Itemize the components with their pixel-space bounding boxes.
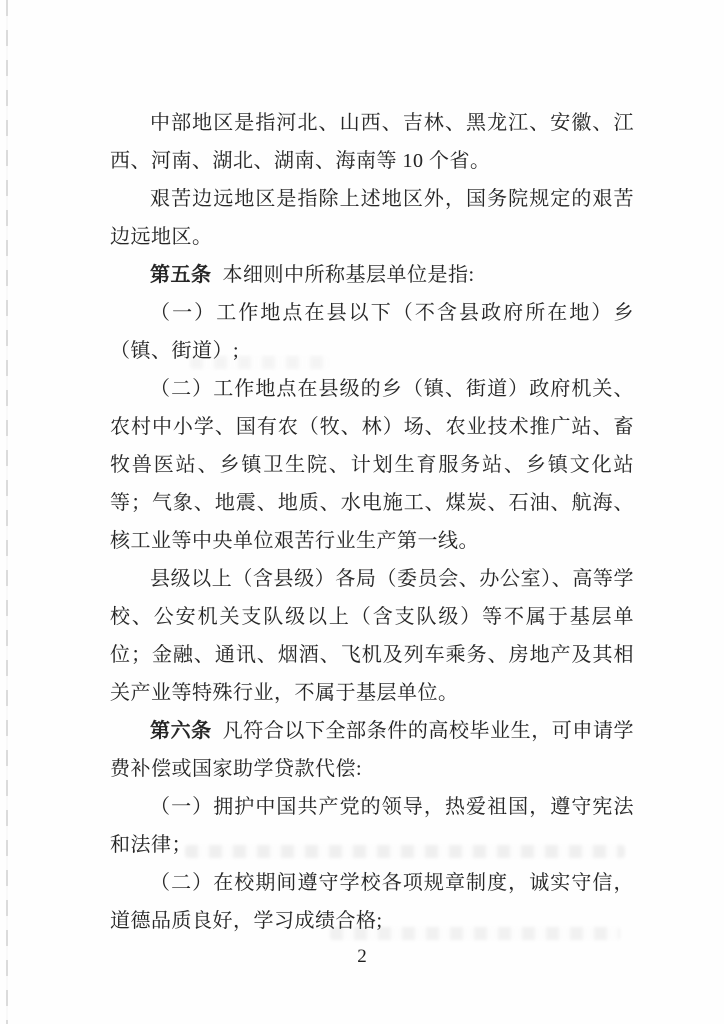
paragraph-text: （一）拥护中国共产党的领导，热爱祖国，遵守宪法和法律； bbox=[110, 796, 634, 856]
article-6-number: 第六条 bbox=[150, 720, 212, 742]
paragraph-text: 县级以上（含县级）各局（委员会、办公室）、高等学校、公安机关支队级以上（含支队级… bbox=[110, 568, 634, 704]
paragraph-article-5-item-2: （二）工作地点在县级的乡（镇、街道）政府机关、农村中小学、国有农（牧、林）场、农… bbox=[110, 370, 634, 560]
page-number: 2 bbox=[357, 946, 367, 967]
paragraph-article-6: 第六条凡符合以下全部条件的高校毕业生，可申请学费补偿或国家助学贷款代偿: bbox=[110, 712, 634, 788]
paragraph-text: 中部地区是指河北、山西、吉林、黑龙江、安徽、江西、河南、湖北、湖南、海南等 10… bbox=[110, 112, 634, 172]
paragraph-article-6-item-1: （一）拥护中国共产党的领导，热爱祖国，遵守宪法和法律； bbox=[110, 788, 634, 864]
document-body: 中部地区是指河北、山西、吉林、黑龙江、安徽、江西、河南、湖北、湖南、海南等 10… bbox=[110, 104, 634, 940]
paragraph-text: （一）工作地点在县以下（不含县政府所在地）乡（镇、街道）; bbox=[110, 302, 634, 362]
paragraph-article-5: 第五条本细则中所称基层单位是指: bbox=[110, 256, 634, 294]
paragraph-text: 艰苦边远地区是指除上述地区外，国务院规定的艰苦边远地区。 bbox=[110, 188, 634, 248]
paragraph-exclusions: 县级以上（含县级）各局（委员会、办公室）、高等学校、公安机关支队级以上（含支队级… bbox=[110, 560, 634, 712]
article-5-number: 第五条 bbox=[150, 264, 212, 286]
paragraph-text: （二）工作地点在县级的乡（镇、街道）政府机关、农村中小学、国有农（牧、林）场、农… bbox=[110, 378, 634, 552]
paragraph-text: （二）在校期间遵守学校各项规章制度，诚实守信，道德品质良好，学习成绩合格; bbox=[110, 872, 634, 932]
paragraph-hardship-region: 艰苦边远地区是指除上述地区外，国务院规定的艰苦边远地区。 bbox=[110, 180, 634, 256]
page-footer: 2 bbox=[0, 946, 724, 968]
paragraph-article-5-item-1: （一）工作地点在县以下（不含县政府所在地）乡（镇、街道）; bbox=[110, 294, 634, 370]
scanner-edge-artifact bbox=[6, 0, 8, 1024]
paragraph-central-region: 中部地区是指河北、山西、吉林、黑龙江、安徽、江西、河南、湖北、湖南、海南等 10… bbox=[110, 104, 634, 180]
paragraph-article-6-item-2: （二）在校期间遵守学校各项规章制度，诚实守信，道德品质良好，学习成绩合格; bbox=[110, 864, 634, 940]
scanned-document-page: 中部地区是指河北、山西、吉林、黑龙江、安徽、江西、河南、湖北、湖南、海南等 10… bbox=[0, 0, 724, 1024]
paragraph-text: 本细则中所称基层单位是指: bbox=[223, 264, 475, 286]
